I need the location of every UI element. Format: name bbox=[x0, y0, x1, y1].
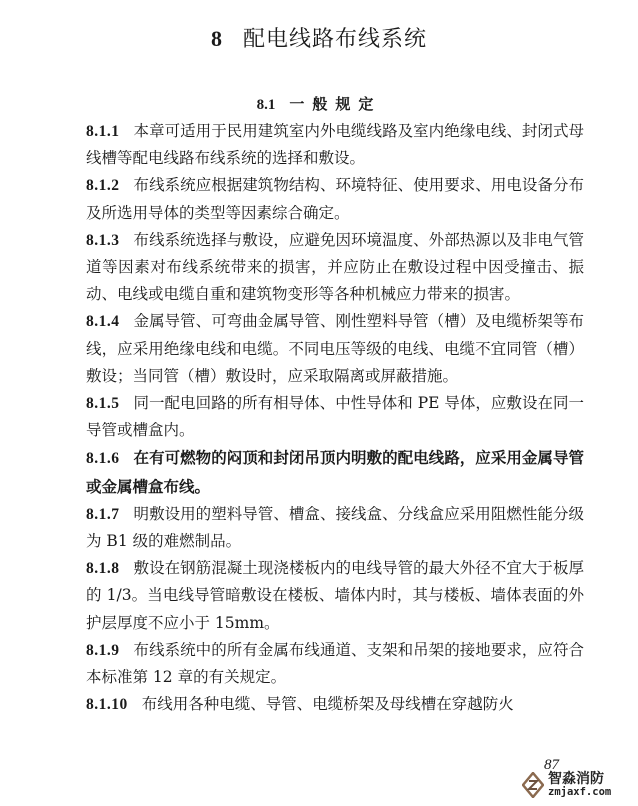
clause-8-1-9: 8.1.9布线系统中的所有金属布线通道、支架和吊架的接地要求，应符合本标准第 1… bbox=[86, 637, 584, 691]
clause-text: 布线用各种电缆、导管、电缆桥架及母线槽在穿越防火 bbox=[142, 695, 514, 713]
clause-8-1-4: 8.1.4金属导管、可弯曲金属导管、刚性塑料导管（槽）及电缆桥架等布线，应采用绝… bbox=[86, 308, 584, 390]
chapter-title: 8配电线路布线系统 bbox=[0, 22, 638, 53]
clause-number: 8.1.7 bbox=[86, 506, 120, 523]
chapter-number: 8 bbox=[211, 26, 223, 51]
section-title: 8.1一般规定 bbox=[0, 93, 638, 114]
watermark-url: zmjaxf.com bbox=[548, 786, 611, 798]
clause-8-1-2: 8.1.2布线系统应根据建筑物结构、环境特征、使用要求、用电设备分布及所选用导体… bbox=[86, 172, 584, 226]
clause-8-1-5: 8.1.5同一配电回路的所有相导体、中性导体和 PE 导体，应敷设在同一导管或槽… bbox=[86, 390, 584, 444]
clause-text: 在有可燃物的闷顶和封闭吊顶内明敷的配电线路，应采用金属导管或金属槽盒布线。 bbox=[86, 448, 584, 495]
clause-8-1-1: 8.1.1本章可适用于民用建筑室内外电缆线路及室内绝缘电线、封闭式母线槽等配电线… bbox=[86, 118, 584, 172]
clause-number: 8.1.6 bbox=[86, 450, 120, 467]
clause-number: 8.1.5 bbox=[86, 395, 120, 412]
clause-list: 8.1.1本章可适用于民用建筑室内外电缆线路及室内绝缘电线、封闭式母线槽等配电线… bbox=[86, 118, 584, 718]
clause-text: 金属导管、可弯曲金属导管、刚性塑料导管（槽）及电缆桥架等布线，应采用绝缘电线和电… bbox=[86, 312, 584, 384]
clause-8-1-7: 8.1.7明敷设用的塑料导管、槽盒、接线盒、分线盒应采用阻燃性能分级为 B1 级… bbox=[86, 501, 584, 555]
clause-text: 敷设在钢筋混凝土现浇楼板内的电线导管的最大外径不宜大于板厚的 1/3。当电线导管… bbox=[86, 559, 584, 631]
clause-text: 本章可适用于民用建筑室内外电缆线路及室内绝缘电线、封闭式母线槽等配电线路布线系统… bbox=[86, 122, 584, 167]
clause-8-1-10: 8.1.10布线用各种电缆、导管、电缆桥架及母线槽在穿越防火 bbox=[86, 691, 584, 718]
clause-text: 布线系统选择与敷设，应避免因环境温度、外部热源以及非电气管道等因素对布线系统带来… bbox=[86, 231, 584, 303]
watermark-name: 智淼消防 bbox=[548, 768, 604, 788]
clause-text: 布线系统应根据建筑物结构、环境特征、使用要求、用电设备分布及所选用导体的类型等因… bbox=[86, 176, 584, 221]
clause-8-1-3: 8.1.3布线系统选择与敷设，应避免因环境温度、外部热源以及非电气管道等因素对布… bbox=[86, 227, 584, 309]
section-title-text: 一般规定 bbox=[289, 95, 381, 113]
chapter-title-text: 配电线路布线系统 bbox=[243, 27, 427, 52]
clause-number: 8.1.10 bbox=[86, 696, 128, 713]
clause-text: 明敷设用的塑料导管、槽盒、接线盒、分线盒应采用阻燃性能分级为 B1 级的难燃制品… bbox=[86, 505, 584, 550]
clause-text: 布线系统中的所有金属布线通道、支架和吊架的接地要求，应符合本标准第 12 章的有… bbox=[86, 641, 584, 686]
clause-number: 8.1.4 bbox=[86, 313, 120, 330]
clause-number: 8.1.2 bbox=[86, 177, 120, 194]
section-number: 8.1 bbox=[257, 97, 276, 113]
clause-number: 8.1.1 bbox=[86, 123, 120, 140]
clause-number: 8.1.8 bbox=[86, 560, 120, 577]
clause-number: 8.1.3 bbox=[86, 232, 120, 249]
clause-8-1-8: 8.1.8敷设在钢筋混凝土现浇楼板内的电线导管的最大外径不宜大于板厚的 1/3。… bbox=[86, 555, 584, 637]
clause-number: 8.1.9 bbox=[86, 642, 120, 659]
diamond-z-logo-icon bbox=[522, 772, 544, 798]
clause-text: 同一配电回路的所有相导体、中性导体和 PE 导体，应敷设在同一导管或槽盒内。 bbox=[86, 394, 584, 439]
watermark: 智淼消防 zmjaxf.com bbox=[520, 768, 638, 804]
clause-8-1-6: 8.1.6在有可燃物的闷顶和封闭吊顶内明敷的配电线路，应采用金属导管或金属槽盒布… bbox=[86, 444, 584, 500]
